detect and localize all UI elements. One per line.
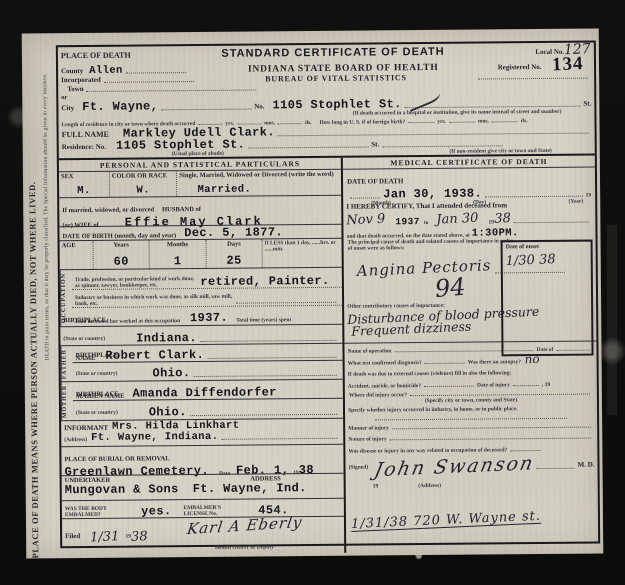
- columns: PERSONAL AND STATISTICAL PARTICULARS SEX…: [59, 154, 598, 556]
- color-race-label: COLOR OR RACE: [112, 172, 175, 180]
- health-officer-signature: Karl A Eberly: [186, 515, 303, 537]
- embalmed-label: WAS THE BODY EMBALMED?: [65, 506, 131, 519]
- filed-year-value: 38: [131, 530, 148, 544]
- row-date-of-death: DATE OF DEATH Jan 30, 1938. 19 (Month) (…: [343, 168, 595, 200]
- if-less-label: If LESS than 1 day, ......hrs. or ......…: [265, 240, 340, 253]
- state-or-country-note: (State or country): [76, 371, 118, 377]
- leader-line: [513, 216, 589, 224]
- health-officer-caption: Health Officer or Deputy: [215, 544, 274, 551]
- leader-line: [200, 334, 337, 342]
- row-trade: Trade, profession, or particular kind of…: [72, 268, 342, 290]
- leader-line: [350, 191, 380, 198]
- father-side-label: FATHER: [60, 346, 72, 381]
- row-age: AGE Years 60 Months 1 Days 25: [60, 238, 342, 269]
- father-name-value: Robert Clark.: [105, 349, 204, 362]
- date-of-onset-value: 1/30 38: [505, 253, 555, 268]
- state-or-country-note: (State or country): [63, 336, 105, 342]
- cause-code-value: 94: [434, 275, 466, 301]
- undertaker-address-value: Ft. Wayne, Ind.: [193, 482, 307, 495]
- attended-to-value: Jan 30: [436, 212, 479, 227]
- bottom-handwritten-note: 1/31/38 720 W. Wayne st.: [351, 509, 542, 531]
- months-value: 1: [152, 255, 204, 267]
- license-label: EMBALMER'S LICENSE No.: [183, 505, 244, 518]
- undertaker-value: Mungovan & Sons: [65, 483, 179, 496]
- leader-line: [193, 369, 336, 377]
- last-worked-value: 1937.: [190, 312, 228, 324]
- birthplace-value: Indiana.: [136, 332, 197, 345]
- color-cell: COLOR OR RACE W.: [110, 171, 178, 197]
- leader-line: [485, 190, 583, 198]
- days-label: Days: [208, 240, 259, 248]
- row-signed: (Signed) John Swanson M. D.: [345, 453, 597, 481]
- time-of-death-value: 1:30P: [472, 228, 506, 239]
- date-of-onset-box: Date of onset 1/30 38: [501, 240, 594, 357]
- leader-line: [390, 432, 592, 441]
- leader-line: [87, 83, 257, 91]
- md-label: M. D.: [578, 462, 595, 470]
- leader-line: [126, 66, 186, 74]
- medical-column: MEDICAL CERTIFICATE OF DEATH DATE OF DEA…: [343, 156, 598, 553]
- informant-address-label: (Address): [64, 437, 87, 443]
- age-cell: AGE: [60, 241, 94, 269]
- days-value: 25: [208, 254, 260, 266]
- m-label: M.: [505, 228, 518, 239]
- trade-label: Trade, profession, or particular kind of…: [75, 276, 197, 289]
- residence-value: 1105 Stophlet St.: [116, 139, 245, 152]
- leader-line: [513, 379, 539, 386]
- full-name-label: FULL NAME: [62, 131, 109, 140]
- or-label: or: [61, 94, 67, 101]
- st-suffix-label: St.: [371, 142, 379, 150]
- months-label: Months: [152, 241, 203, 249]
- marital-value: Married.: [197, 183, 339, 195]
- row-mother-birthplace: BIRTHPLACE (State or country) Ohio.: [73, 399, 343, 419]
- leader-line: [278, 117, 302, 124]
- physician-signature: John Swanson: [372, 454, 536, 480]
- marital-cell: Single, Married, Widowed or Divorced (wr…: [177, 170, 341, 196]
- sex-cell: SEX M.: [59, 172, 110, 197]
- leader-line: [492, 115, 518, 122]
- row-father-birthplace: BIRTHPLACE (State or country) Ohio.: [73, 361, 343, 380]
- mother-birthplace-value: Ohio.: [149, 406, 187, 418]
- row-spouse: If married, widowed, or divorced HUSBAND…: [59, 195, 341, 226]
- husband-of-label: HUSBAND of: [162, 206, 201, 213]
- color-race-value: W.: [112, 185, 175, 196]
- row-informant: INFORMANT Mrs. Hilda Linkhart (Address) …: [61, 418, 343, 446]
- occupation-side-label: OCCUPATION: [60, 270, 72, 326]
- dod-label: DATE OF DEATH: [347, 177, 403, 185]
- leader-line: [237, 117, 261, 124]
- total-time-label: Total time (years) spent: [236, 317, 291, 323]
- row-last-worked: Date deceased last worked at this occupa…: [72, 306, 342, 325]
- row-bottom-note: 1/31/38 720 W. Wayne st.: [346, 488, 598, 553]
- leader-line: [161, 103, 251, 111]
- leader-line: [408, 116, 434, 123]
- years-value: 60: [96, 255, 148, 267]
- leader-line: [510, 444, 540, 451]
- where-injury-label: Where did injury occur?: [349, 392, 407, 399]
- embalmed-value: yes.: [141, 505, 172, 517]
- leader-line: [410, 388, 590, 397]
- months-cell: Months 1: [150, 240, 207, 268]
- row-sex-color-marital: SEX M. COLOR OR RACE W. Single, Married,…: [59, 170, 341, 197]
- years-cell: Years 60: [93, 240, 150, 268]
- maiden-name-value: Amanda Diffendorfer: [132, 386, 277, 399]
- mother-side-label: MOTHER: [61, 382, 73, 420]
- leader-line: [248, 141, 368, 149]
- street-no-label: No.: [254, 104, 264, 112]
- leader-line: [449, 116, 475, 123]
- days-cell: Days 25: [206, 239, 263, 267]
- leader-line: [198, 118, 222, 125]
- leader-line: [190, 408, 337, 416]
- row-undertaker: UNDERTAKER ADDRESS Mungovan & Sons Ft. W…: [62, 473, 344, 500]
- leader-line: [104, 75, 194, 83]
- spouse-condition-label: If married, widowed, or divorced: [62, 206, 154, 214]
- county-label: County: [61, 68, 83, 76]
- attended-from-value: Nov 9: [346, 213, 385, 228]
- attended-to-year: 38: [494, 212, 511, 226]
- birthplace-label: BIRTHPLACE: [76, 352, 119, 359]
- city-value: Ft. Wayne,: [82, 100, 158, 113]
- row-industry: Industry or business in which work was d…: [72, 288, 342, 308]
- age-label: AGE: [62, 242, 91, 249]
- sex-label: SEX: [61, 173, 107, 181]
- burial-label: PLACE OF BURIAL OR REMOVAL: [64, 455, 169, 463]
- industry-label: Industry or business in which work was d…: [75, 294, 234, 307]
- father-group: FATHER NAME Robert Clark. BIRTHPLACE (St…: [60, 343, 342, 381]
- leader-line: [236, 296, 336, 304]
- city-label: City: [61, 105, 74, 113]
- certificate-paper: PLACE OF DEATH MEANS WHERE PERSON ACTUAL…: [22, 28, 604, 558]
- leader-line: [278, 127, 589, 137]
- leader-line: [221, 432, 337, 440]
- date-of-onset-label: Date of onset: [506, 244, 588, 251]
- signed-label: (Signed): [349, 465, 369, 471]
- margin-note-small: DEATH in plain terms, so that it may be …: [42, 73, 51, 360]
- registered-no-value: 134: [551, 56, 583, 73]
- leader-line: [392, 421, 591, 430]
- sex-value: M.: [61, 185, 107, 196]
- row-birthplace: BIRTHPLACE (State or country) Indiana.: [60, 324, 342, 345]
- personal-column: PERSONAL AND STATISTICAL PARTICULARS SEX…: [59, 158, 347, 555]
- years-label: Years: [95, 241, 146, 249]
- town-label: Town: [67, 86, 84, 94]
- county-value: Allen: [89, 65, 123, 76]
- filed-date-value: 1/31: [90, 530, 120, 544]
- st-suffix-label: St.: [583, 101, 591, 109]
- street-value: 1105 Stophlet St.: [272, 98, 401, 111]
- leader-line: [207, 351, 336, 359]
- row-filed: Filed 1/31 19 38 Karl A Eberly Health Of…: [62, 516, 344, 555]
- leader-line: [537, 461, 575, 468]
- leader-line: [424, 380, 474, 387]
- certificate-form: PLACE OF DEATH STANDARD CERTIFICATE OF D…: [56, 41, 600, 549]
- informant-address-value: Ft. Wayne, Indiana.: [91, 431, 218, 443]
- leader-line: [425, 357, 465, 364]
- leader-line: [382, 139, 502, 147]
- state-or-country-note: (State or country): [76, 410, 118, 416]
- scan-edge-streak: [607, 225, 617, 415]
- filed-label: Filed: [65, 533, 80, 541]
- father-birthplace-value: Ohio.: [152, 367, 190, 379]
- dob-value: Dec. 5, 1877.: [184, 226, 283, 239]
- trade-value: retired, Painter.: [200, 275, 329, 288]
- marital-label: Single, Married, Widowed or Divorced (wr…: [179, 171, 339, 180]
- mother-group: MOTHER MAIDEN NAME Amanda Diffendorfer B…: [61, 379, 343, 420]
- attended-from-year: 1937: [395, 217, 419, 227]
- birthplace-label: BIRTHPLACE: [76, 391, 119, 398]
- if-less-cell: If LESS than 1 day, ......hrs. or ......…: [263, 239, 342, 268]
- row-burial: PLACE OF BURIAL OR REMOVAL Greenlawn Cem…: [61, 444, 343, 475]
- margin-note-bold: PLACE OF DEATH MEANS WHERE PERSON ACTUAL…: [26, 88, 40, 558]
